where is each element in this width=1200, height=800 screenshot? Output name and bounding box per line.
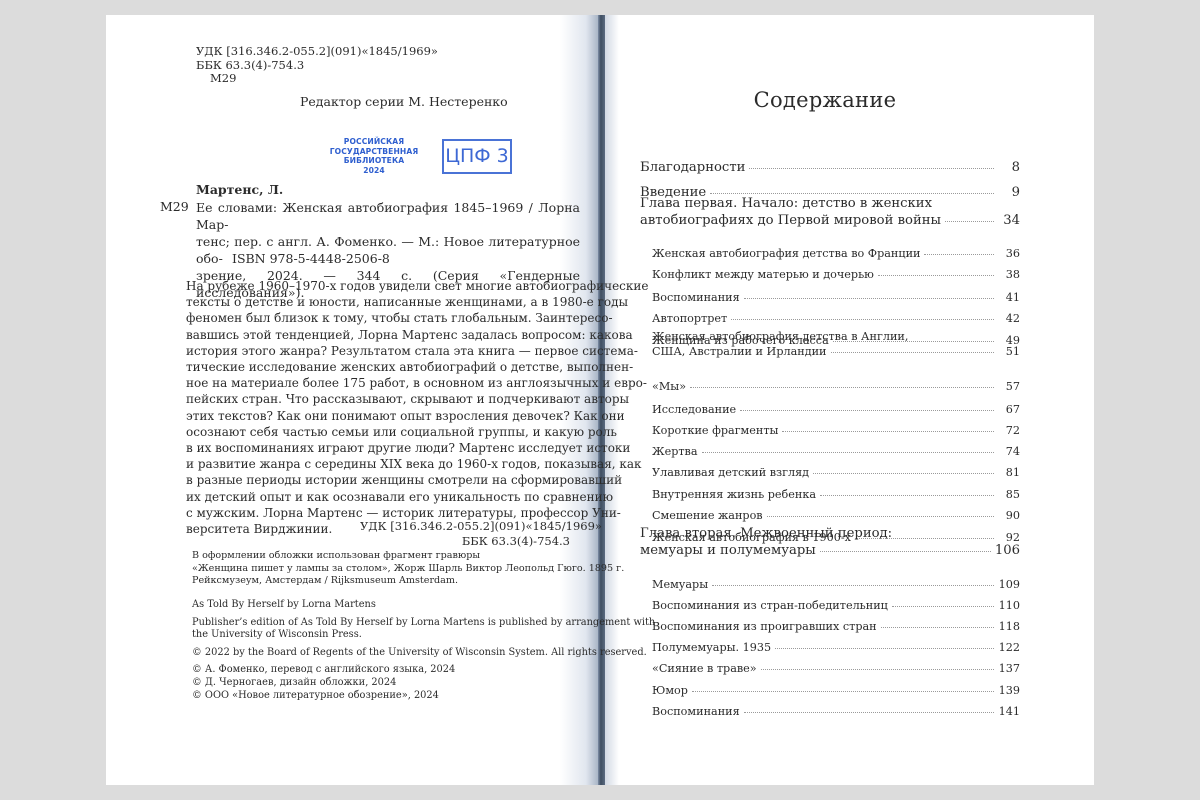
toc-page-number: 41 xyxy=(998,290,1020,305)
toc-page-number: 106 xyxy=(995,542,1020,560)
toc-page-number: 51 xyxy=(998,344,1020,359)
toc-entry[interactable]: Благодарности8 xyxy=(640,159,1020,177)
toc-page-number: 67 xyxy=(998,402,1020,417)
toc-page-number: 74 xyxy=(998,444,1020,459)
toc-entry-label: Воспоминания xyxy=(652,290,740,305)
toc-page-number: 141 xyxy=(998,704,1020,719)
author-mark: М29 xyxy=(196,72,438,86)
toc-page-number: 72 xyxy=(998,423,1020,438)
copyright-original: © 2022 by the Board of Regents of the Un… xyxy=(192,647,655,660)
toc-entry-label: «Сияние в траве» xyxy=(652,661,757,676)
leader-dots xyxy=(881,626,994,628)
toc-entry-label: Короткие фрагменты xyxy=(652,423,778,438)
toc-entry[interactable]: Автопортрет42 xyxy=(652,311,1020,326)
udk-classification: УДК [316.346.2-055.2](091)«1845/1969» ББ… xyxy=(196,45,438,86)
toc-page-number: 118 xyxy=(998,619,1020,634)
abstract-line: и развитие жанра с середины XIX века до … xyxy=(186,456,580,472)
toc-entry-label: Воспоминания xyxy=(652,704,740,719)
toc-page-number: 110 xyxy=(998,598,1020,613)
bbk-line: ББК 63.3(4)-754.3 xyxy=(360,534,570,549)
leader-dots xyxy=(740,409,994,411)
toc-entry[interactable]: Воспоминания из проигравших стран118 xyxy=(652,619,1020,634)
toc-page-number: 122 xyxy=(998,640,1020,655)
toc-entry-label: Жертва xyxy=(652,444,698,459)
toc-page-number: 139 xyxy=(998,683,1020,698)
leader-dots xyxy=(767,515,994,517)
copyright-line: © ООО «Новое литературное обозрение», 20… xyxy=(192,690,655,703)
toc-entry[interactable]: Полумемуары. 1935122 xyxy=(652,640,1020,655)
copyright-line: © Д. Черногаев, дизайн обложки, 2024 xyxy=(192,677,655,690)
abstract-line: тексты о детстве и юности, написанные же… xyxy=(186,294,580,310)
toc-page-number: 85 xyxy=(998,487,1020,502)
toc-entry-label: Женская автобиография детства во Франции xyxy=(652,246,920,261)
toc-entry-label: Улавливая детский взгляд xyxy=(652,465,809,480)
toc-page-number: 42 xyxy=(998,311,1020,326)
toc-entry[interactable]: Внутренняя жизнь ребенка85 xyxy=(652,487,1020,502)
leader-dots xyxy=(831,351,994,353)
toc-entry-label: Юмор xyxy=(652,683,688,698)
stamp-line: БИБЛИОТЕКА xyxy=(326,156,422,166)
abstract-line: вавшись этой тенденцией, Лорна Мартенс з… xyxy=(186,327,580,343)
toc-entry[interactable]: Короткие фрагменты72 xyxy=(652,423,1020,438)
series-editor: Редактор серии М. Нестеренко xyxy=(300,94,508,109)
toc-entry-label: Глава вторая. Межвоенный период: xyxy=(640,525,1020,543)
toc-entry-label: «Мы» xyxy=(652,379,686,394)
toc-entry[interactable]: «Сияние в траве»137 xyxy=(652,661,1020,676)
toc-entry[interactable]: Юмор139 xyxy=(652,683,1020,698)
toc-entry-label: автобиографиях до Первой мировой войны xyxy=(640,212,941,230)
abstract-line: ное на материале более 175 работ, в осно… xyxy=(186,375,580,391)
toc-page-number: 8 xyxy=(998,159,1020,177)
toc-entry-label: Полумемуары. 1935 xyxy=(652,640,771,655)
toc-page-number: 36 xyxy=(998,246,1020,261)
toc-entry[interactable]: «Мы»57 xyxy=(652,379,1020,394)
toc-entry-label: Благодарности xyxy=(640,159,745,177)
toc-entry-label: Автопортрет xyxy=(652,311,727,326)
toc-page-number: 38 xyxy=(998,267,1020,282)
toc-entry[interactable]: Воспоминания из стран-победительниц110 xyxy=(652,598,1020,613)
leader-dots xyxy=(702,451,994,453)
udk-line: УДК [316.346.2-055.2](091)«1845/1969» xyxy=(360,519,570,534)
abstract-line: их детский опыт и как осознавали его уни… xyxy=(186,489,580,505)
leader-dots xyxy=(820,494,994,496)
toc-entry-label: Внутренняя жизнь ребенка xyxy=(652,487,816,502)
toc-entry[interactable]: Жертва74 xyxy=(652,444,1020,459)
cover-note: В оформлении обложки использован фрагмен… xyxy=(192,550,624,588)
toc-entry[interactable]: Воспоминания141 xyxy=(652,704,1020,719)
toc-entry[interactable]: Воспоминания41 xyxy=(652,290,1020,305)
publisher-note-line: the University of Wisconsin Press. xyxy=(192,629,655,642)
toc-entry[interactable]: Конфликт между матерью и дочерью38 xyxy=(652,267,1020,282)
toc-page-number: 81 xyxy=(998,465,1020,480)
toc-entry-label: Мемуары xyxy=(652,577,708,592)
leader-dots xyxy=(892,605,994,607)
toc-page-number: 34 xyxy=(998,212,1020,230)
library-stamp: РОССИЙСКАЯ ГОСУДАРСТВЕННАЯ БИБЛИОТЕКА 20… xyxy=(326,137,422,175)
abstract-line: история этого жанра? Результатом стала э… xyxy=(186,343,580,359)
abstract-line: На рубеже 1960–1970-х годов увидели свет… xyxy=(186,278,580,294)
toc-entry-label: Воспоминания из стран-победительниц xyxy=(652,598,888,613)
leader-dots xyxy=(945,220,994,222)
udk-line: УДК [316.346.2-055.2](091)«1845/1969» xyxy=(196,45,438,59)
leader-dots xyxy=(744,711,994,713)
toc-page-number: 137 xyxy=(998,661,1020,676)
leader-dots xyxy=(761,668,994,670)
abstract-line: в их воспоминаниях играют другие люди? М… xyxy=(186,440,580,456)
rights-block: As Told By Herself by Lorna Martens Publ… xyxy=(192,599,655,702)
abstract-line: осознают себя частью семьи или социально… xyxy=(186,424,580,440)
leader-dots xyxy=(731,318,994,320)
toc-entry-label: США, Австралии и Ирландии xyxy=(652,344,827,359)
leader-dots xyxy=(712,584,994,586)
catalog-line: Ее словами: Женская автобиография 1845–1… xyxy=(196,199,580,233)
toc-page-number: 90 xyxy=(998,508,1020,523)
leader-dots xyxy=(782,430,994,432)
toc-entry[interactable]: Улавливая детский взгляд81 xyxy=(652,465,1020,480)
stamp-line: ГОСУДАРСТВЕННАЯ xyxy=(326,147,422,157)
toc-entry[interactable]: Женская автобиография детства в Англии,С… xyxy=(652,329,1020,359)
leader-dots xyxy=(775,647,994,649)
cover-note-line: В оформлении обложки использован фрагмен… xyxy=(192,550,624,563)
toc-entry[interactable]: Женская автобиография детства во Франции… xyxy=(652,246,1020,261)
leader-dots xyxy=(878,274,994,276)
toc-entry-label: Смешение жанров xyxy=(652,508,763,523)
catalog-mark: М29 xyxy=(160,199,189,214)
toc-entry[interactable]: Глава вторая. Межвоенный период:мемуары … xyxy=(640,525,1020,560)
abstract-line: феномен был близок к тому, чтобы стать г… xyxy=(186,310,580,326)
toc-entry[interactable]: Исследование67 xyxy=(652,402,1020,417)
abstract-line: тические исследование женских автобиогра… xyxy=(186,359,580,375)
bbk-line: ББК 63.3(4)-754.3 xyxy=(196,59,438,73)
toc-title: Содержание xyxy=(640,88,1010,112)
isbn: ISBN 978-5-4448-2506-8 xyxy=(232,251,390,266)
leader-dots xyxy=(744,297,994,299)
leader-dots xyxy=(820,550,991,552)
toc-entry[interactable]: Мемуары109 xyxy=(652,577,1020,592)
copyright-line: © А. Фоменко, перевод с английского язык… xyxy=(192,664,655,677)
toc-entry[interactable]: Глава первая. Начало: детство в женскиха… xyxy=(640,195,1020,230)
stamp-line: РОССИЙСКАЯ xyxy=(326,137,422,147)
toc-entry[interactable]: Смешение жанров90 xyxy=(652,508,1020,523)
abstract-line: этих текстов? Как они понимают опыт взро… xyxy=(186,408,580,424)
cover-note-line: «Женщина пишет у лампы за столом», Жорж … xyxy=(192,563,624,576)
toc-page-number: 109 xyxy=(998,577,1020,592)
catalog-author: Мартенс, Л. xyxy=(196,182,283,197)
toc-entry-label: Женская автобиография детства в Англии, xyxy=(652,329,1020,344)
toc-entry-label: Конфликт между матерью и дочерью xyxy=(652,267,874,282)
cover-note-line: Рейксмузеум, Амстердам / Rijksmuseum Ams… xyxy=(192,575,624,588)
toc-entry-label: Воспоминания из проигравших стран xyxy=(652,619,877,634)
leader-dots xyxy=(813,472,994,474)
leader-dots xyxy=(690,386,994,388)
abstract-line: в разные периоды истории женщины смотрел… xyxy=(186,472,580,488)
abstract-line: пейских стран. Что рассказывают, скрываю… xyxy=(186,391,580,407)
toc-entry-label: Исследование xyxy=(652,402,736,417)
publisher-note-line: Publisher’s edition of As Told By Hersel… xyxy=(192,617,655,630)
original-title: As Told By Herself by Lorna Martens xyxy=(192,599,655,612)
leader-dots xyxy=(692,690,994,692)
leader-dots xyxy=(924,253,994,255)
toc-page-number: 57 xyxy=(998,379,1020,394)
toc-entry-label: Глава первая. Начало: детство в женских xyxy=(640,195,1020,213)
stamp-line: 2024 xyxy=(326,166,422,176)
udk-bottom: УДК [316.346.2-055.2](091)«1845/1969» ББ… xyxy=(360,519,570,548)
box-stamp: ЦПФ 3 xyxy=(442,139,512,174)
abstract: На рубеже 1960–1970-х годов увидели свет… xyxy=(186,278,580,537)
toc-entry-label: мемуары и полумемуары xyxy=(640,542,816,560)
leader-dots xyxy=(749,167,994,169)
